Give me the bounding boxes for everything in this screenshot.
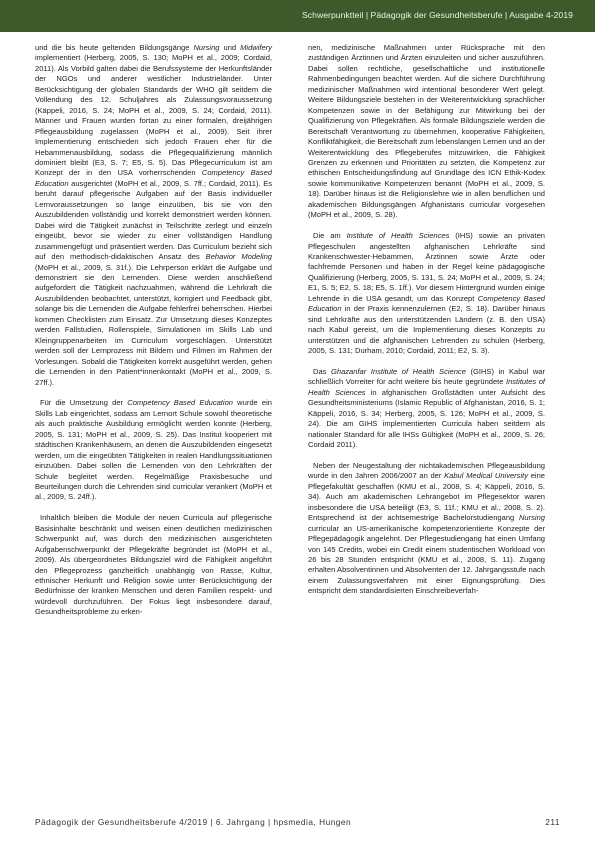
text-run: Die am — [313, 231, 347, 240]
right-column: nen, medizinische Maßnahmen unter Rücksp… — [308, 43, 545, 597]
footer-journal: Pädagogik der Gesundheitsberufe 4/2019 — [35, 817, 208, 827]
footer-volume: 6. Jahrgang — [216, 817, 265, 827]
text-run: Für die Umsetzung der — [40, 398, 127, 407]
italic-term: Behavior Modeling — [206, 252, 272, 261]
body-paragraph: Das Ghazanfar Institute of Health Scienc… — [308, 367, 545, 451]
running-header: Schwerpunktteil | Pädagogik der Gesundhe… — [0, 0, 595, 32]
text-run: curricular an US-amerikanische kompetenz… — [308, 524, 545, 596]
body-paragraph: Die am Institute of Health Sciences (IHS… — [308, 231, 545, 356]
text-run: Inhaltlich bleiben die Module der neuen … — [35, 513, 272, 616]
text-run: wurde ein Skills Lab eingerichtet, sodas… — [35, 398, 272, 501]
body-paragraph: Für die Umsetzung der Competency Based E… — [35, 398, 272, 503]
footer-separator: | — [210, 817, 213, 827]
text-run: Das — [313, 367, 331, 376]
text-run: in der Praxis kennenzulernen (E2, S. 18)… — [308, 304, 545, 355]
italic-term: Competency Based Education — [127, 398, 233, 407]
text-run: und die bis heute geltenden Bildungsgäng… — [35, 43, 193, 52]
text-run: in afghanischen Großstädten unter Aufsic… — [308, 388, 545, 449]
italic-term: Nursing — [519, 513, 545, 522]
body-paragraph: Neben der Neugestaltung der nichtakademi… — [308, 461, 545, 597]
footer-publisher: hpsmedia, Hungen — [274, 817, 352, 827]
italic-term: Midwifery — [240, 43, 272, 52]
text-run: nen, medizinische Maßnahmen unter Rücksp… — [308, 43, 545, 219]
running-title: Schwerpunktteil | Pädagogik der Gesundhe… — [302, 10, 573, 20]
body-paragraph: nen, medizinische Maßnahmen unter Rücksp… — [308, 43, 545, 221]
text-run: und — [219, 43, 240, 52]
text-run: (MoPH et al., 2009, S. 31f.). Die Lehrpe… — [35, 263, 272, 387]
body-paragraph: und die bis heute geltenden Bildungsgäng… — [35, 43, 272, 388]
text-run: ausgerichtet (MoPH et al., 2009, S. 7ff.… — [35, 179, 272, 261]
text-run: implementiert (Herberg, 2005, S. 130; Mo… — [35, 53, 272, 177]
body-paragraph: Inhaltlich bleiben die Module der neuen … — [35, 513, 272, 618]
footer-separator: | — [268, 817, 271, 827]
italic-term: Ghazanfar Institute of Health Science — [331, 367, 466, 376]
italic-term: Nursing — [193, 43, 219, 52]
text-run: (IHS) sowie an privaten Pflegeschulen an… — [308, 231, 545, 303]
left-column: und die bis heute geltenden Bildungsgäng… — [35, 43, 272, 618]
footer-citation: Pädagogik der Gesundheitsberufe 4/2019 |… — [35, 817, 351, 827]
italic-term: Institute of Health Sciences — [347, 231, 450, 240]
page-number: 211 — [545, 817, 560, 827]
italic-term: Kabul Medical University — [444, 471, 528, 480]
